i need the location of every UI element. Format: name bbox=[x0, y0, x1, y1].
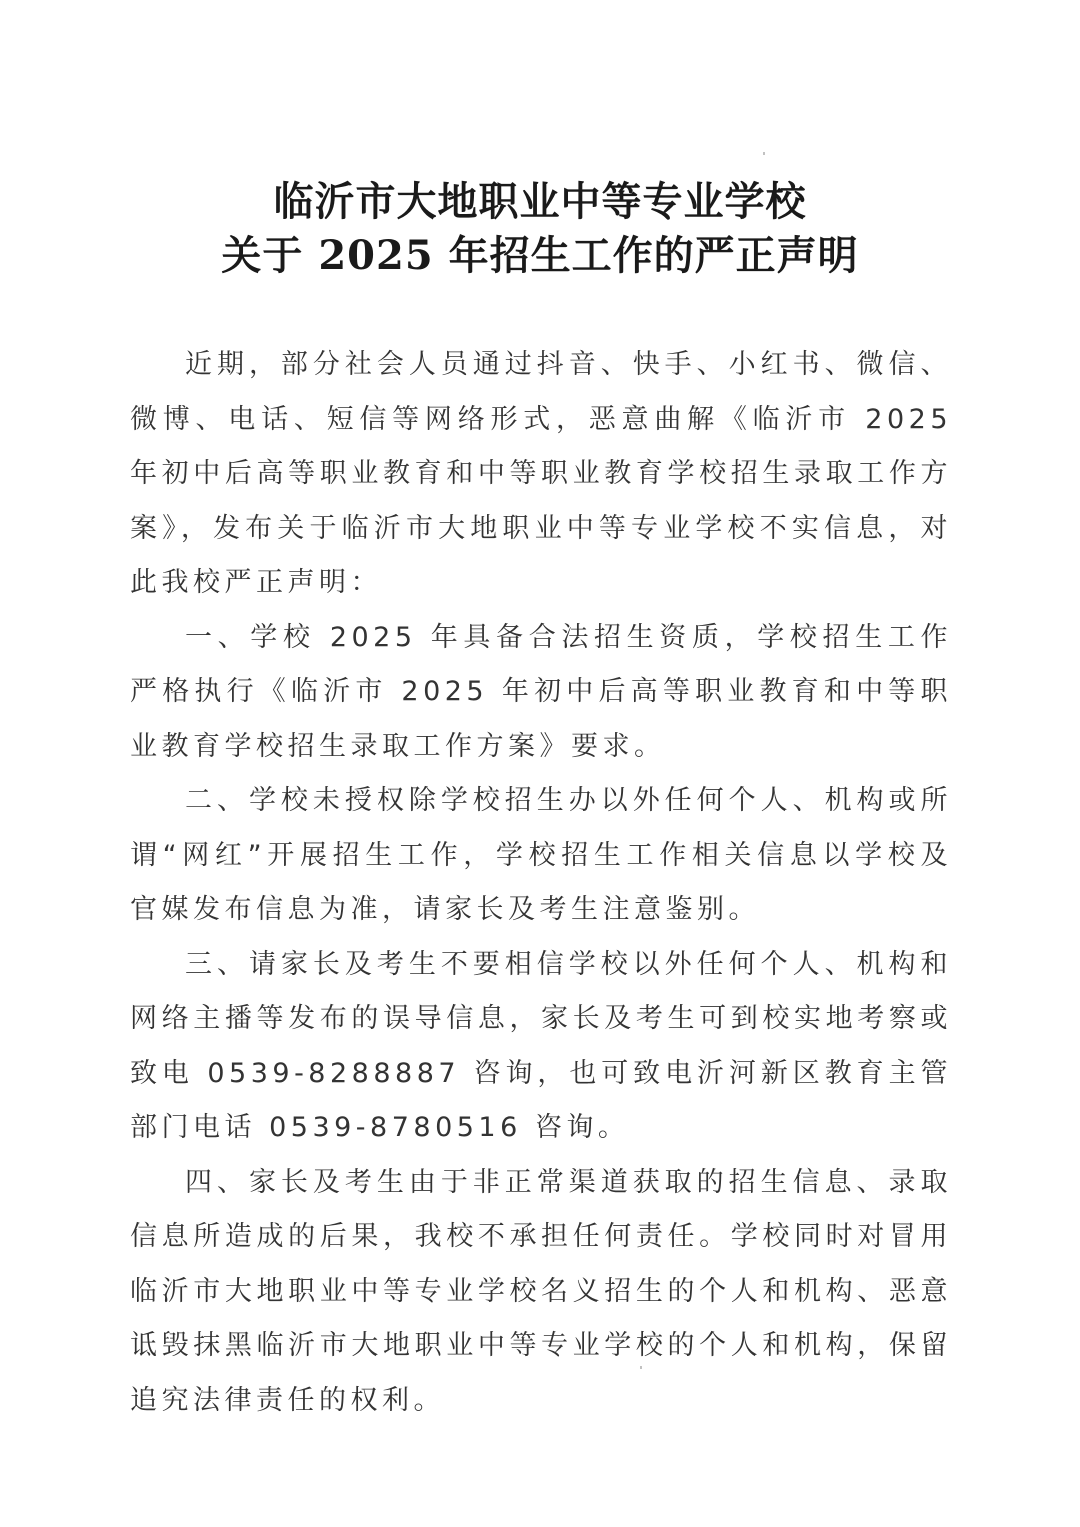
scan-speck bbox=[763, 152, 765, 155]
paragraph-item-3: 三、请家长及考生不要相信学校以外任何个人、机构和网络主播等发布的误导信息，家长及… bbox=[130, 938, 952, 1156]
paragraph-item-1: 一、学校 2025 年具备合法招生资质，学校招生工作严格执行《临沂市 2025 … bbox=[130, 611, 952, 775]
scan-speck bbox=[640, 1366, 642, 1369]
document-page: 临沂市大地职业中等专业学校 关于 2025 年招生工作的严正声明 近期，部分社会… bbox=[0, 0, 1080, 1527]
scan-speck bbox=[201, 1390, 203, 1393]
document-title-line-1: 临沂市大地职业中等专业学校 bbox=[0, 174, 1080, 230]
paragraph-item-2: 二、学校未授权除学校招生办以外任何个人、机构或所谓“网红”开展招生工作，学校招生… bbox=[130, 774, 952, 938]
paragraph-intro: 近期，部分社会人员通过抖音、快手、小红书、微信、微博、电话、短信等网络形式，恶意… bbox=[130, 338, 952, 611]
document-body: 近期，部分社会人员通过抖音、快手、小红书、微信、微博、电话、短信等网络形式，恶意… bbox=[130, 338, 952, 1428]
paragraph-item-4: 四、家长及考生由于非正常渠道获取的招生信息、录取信息所造成的后果，我校不承担任何… bbox=[130, 1156, 952, 1429]
document-title-line-2: 关于 2025 年招生工作的严正声明 bbox=[0, 228, 1080, 284]
